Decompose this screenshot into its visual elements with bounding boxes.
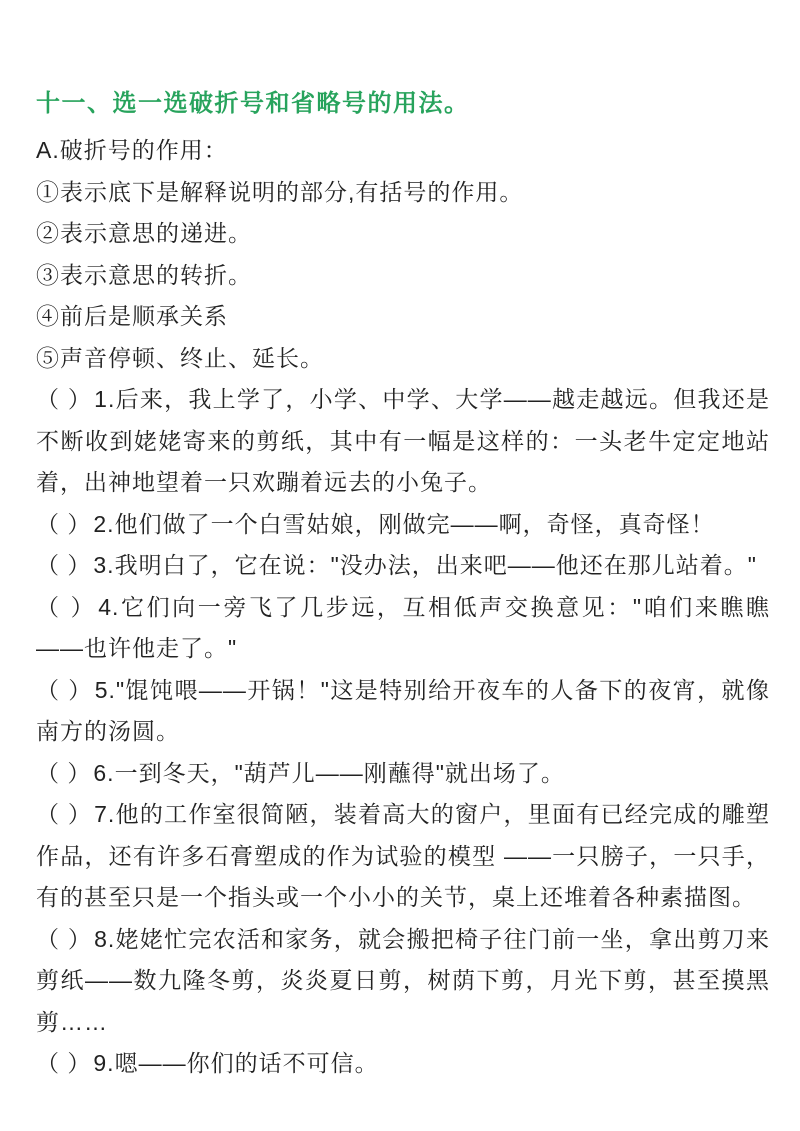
answer-blank: （ ） bbox=[36, 552, 93, 578]
answer-blank: （ ） bbox=[36, 1050, 93, 1076]
question-text: 它们向一旁飞了几步远，互相低声交换意见："咱们来瞧瞧——也许他走了。" bbox=[36, 594, 770, 662]
answer-blank: （ ） bbox=[36, 594, 98, 620]
question-number: 9. bbox=[93, 1050, 114, 1076]
worksheet-page: 十一、选一选破折号和省略号的用法。 A.破折号的作用： ①表示底下是解释说明的部… bbox=[0, 0, 800, 1085]
dash-function-item: ③表示意思的转折。 bbox=[36, 255, 770, 297]
question-number: 8. bbox=[94, 926, 115, 952]
question-text: "馄饨喂——开锅！"这是特别给开夜车的人备下的夜宵，就像南方的汤圆。 bbox=[36, 677, 770, 745]
question-text: 他们做了一个白雪姑娘，刚做完——啊，奇怪，真奇怪！ bbox=[115, 511, 715, 537]
answer-blank: （ ） bbox=[36, 677, 95, 703]
section-title: 十一、选一选破折号和省略号的用法。 bbox=[36, 82, 770, 126]
answer-blank: （ ） bbox=[36, 926, 94, 952]
question-number: 4. bbox=[98, 594, 119, 620]
answer-blank: （ ） bbox=[36, 386, 94, 412]
dash-function-item: ②表示意思的递进。 bbox=[36, 213, 770, 255]
dash-function-item: ①表示底下是解释说明的部分,有括号的作用。 bbox=[36, 172, 770, 214]
dash-functions-list: ①表示底下是解释说明的部分,有括号的作用。②表示意思的递进。③表示意思的转折。④… bbox=[36, 172, 770, 380]
question-text: 后来，我上学了，小学、中学、大学——越走越远。但我还是不断收到姥姥寄来的剪纸，其… bbox=[36, 386, 770, 495]
question-number: 2. bbox=[93, 511, 114, 537]
question-item: （ ）3.我明白了，它在说："没办法，出来吧——他还在那儿站着。" bbox=[36, 545, 770, 587]
question-number: 1. bbox=[94, 386, 115, 412]
question-text: 嗯——你们的话不可信。 bbox=[115, 1050, 379, 1076]
answer-blank: （ ） bbox=[36, 760, 93, 786]
question-item: （ ）4.它们向一旁飞了几步远，互相低声交换意见："咱们来瞧瞧——也许他走了。" bbox=[36, 587, 770, 670]
answer-blank: （ ） bbox=[36, 801, 94, 827]
question-number: 7. bbox=[94, 801, 115, 827]
answer-blank: （ ） bbox=[36, 511, 93, 537]
question-item: （ ）2.他们做了一个白雪姑娘，刚做完——啊，奇怪，真奇怪！ bbox=[36, 504, 770, 546]
question-item: （ ）1.后来，我上学了，小学、中学、大学——越走越远。但我还是不断收到姥姥寄来… bbox=[36, 379, 770, 504]
question-number: 6. bbox=[93, 760, 114, 786]
question-item: （ ）6.一到冬天，"葫芦儿——刚蘸得"就出场了。 bbox=[36, 753, 770, 795]
question-text: 他的工作室很简陋，装着高大的窗户，里面有已经完成的雕塑作品，还有许多石膏塑成的作… bbox=[36, 801, 770, 910]
question-item: （ ）7.他的工作室很简陋，装着高大的窗户，里面有已经完成的雕塑作品，还有许多石… bbox=[36, 794, 770, 919]
question-text: 一到冬天，"葫芦儿——刚蘸得"就出场了。 bbox=[115, 760, 565, 786]
questions-list: （ ）1.后来，我上学了，小学、中学、大学——越走越远。但我还是不断收到姥姥寄来… bbox=[36, 379, 770, 1085]
question-item: （ ）9.嗯——你们的话不可信。 bbox=[36, 1043, 770, 1085]
question-number: 5. bbox=[95, 677, 116, 703]
question-text: 我明白了，它在说："没办法，出来吧——他还在那儿站着。" bbox=[115, 552, 757, 578]
question-text: 姥姥忙完农活和家务，就会搬把椅子往门前一坐，拿出剪刀来剪纸——数九隆冬剪，炎炎夏… bbox=[36, 926, 770, 1035]
dash-function-item: ⑤声音停顿、终止、延长。 bbox=[36, 338, 770, 380]
question-number: 3. bbox=[93, 552, 114, 578]
question-item: （ ）5."馄饨喂——开锅！"这是特别给开夜车的人备下的夜宵，就像南方的汤圆。 bbox=[36, 670, 770, 753]
dash-function-item: ④前后是顺承关系 bbox=[36, 296, 770, 338]
question-item: （ ）8.姥姥忙完农活和家务，就会搬把椅子往门前一坐，拿出剪刀来剪纸——数九隆冬… bbox=[36, 919, 770, 1044]
part-a-heading: A.破折号的作用： bbox=[36, 130, 770, 172]
